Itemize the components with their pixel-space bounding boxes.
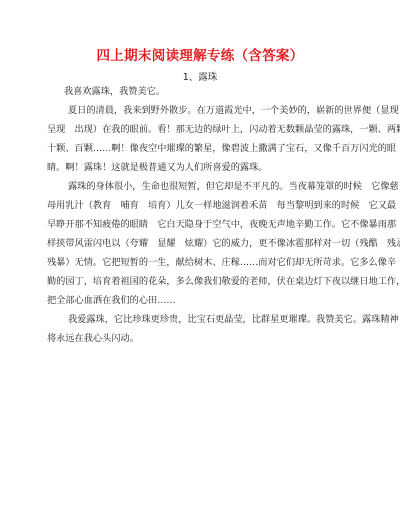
- document-title: 四上期末阅读理解专练（含答案）: [0, 47, 400, 65]
- passage-1-line: 夏日的清晨，我来到野外散步。在万道霞光中，一个美妙的，崭新的世界便（显现: [68, 104, 378, 118]
- passage-1-line: 睛。啊！露珠！这就是极普通又为人们所喜爱的露珠。: [47, 161, 357, 175]
- passage-1-line: 母用乳汁（教育 哺育 培育）儿女一样地滋润着禾苗 每当黎明到来的时候 它又最: [47, 199, 357, 213]
- passage-1-line: 露珠的身体很小，生命也很短暂，但它却是不平凡的。当夜幕笼罩的时候 它像慈: [68, 180, 378, 194]
- passage-1-line: 残暴）无情。它把短暂的一生，献给树木、庄稼……而对它们却无所苛求。它多么像辛: [47, 256, 357, 270]
- document-page: 四上期末阅读理解专练（含答案） 1、露珠 我喜欢露珠，我赞美它。 夏日的清晨，我…: [0, 0, 400, 509]
- passage-1-line: 我爱露珠，它比珍珠更珍贵，比宝石更晶莹，比群星更璀璨。我赞美它。露珠精神: [68, 313, 378, 327]
- passage-1-line: 将永远在我心头闪动。: [47, 332, 357, 346]
- passage-1-line: 把全部心血洒在我们的心田……: [47, 294, 357, 308]
- passage-1-line: 勤的园丁，培育着祖国的花朵，多么像我们敬爱的老师，伏在桌边灯下夜以继日地工作，: [47, 275, 357, 289]
- passage-1-heading: 1、露珠: [0, 71, 400, 85]
- passage-1-line: 我喜欢露珠，我赞美它。: [64, 85, 374, 99]
- passage-1-line: 呈现 出现）在我的眼前。看！那无边的绿叶上，闪动着无数颗晶莹的露珠，一颗、两颗、: [47, 123, 357, 137]
- passage-1-line: 早睁开那不知疲倦的眼睛 它白天隐身于空气中，夜晚无声地辛勤工作。它不像暴雨那: [47, 218, 357, 232]
- passage-1-line: 十颗、百颗……啊！像夜空中璀璨的繁星，像碧波上撒满了宝石，又像千百万闪光的眼: [47, 142, 357, 156]
- passage-1-line: 样挟带风雷闪电以（夸耀 显耀 炫耀）它的威力，更不像冰雹那样对一切（残酷 残忍: [47, 237, 357, 251]
